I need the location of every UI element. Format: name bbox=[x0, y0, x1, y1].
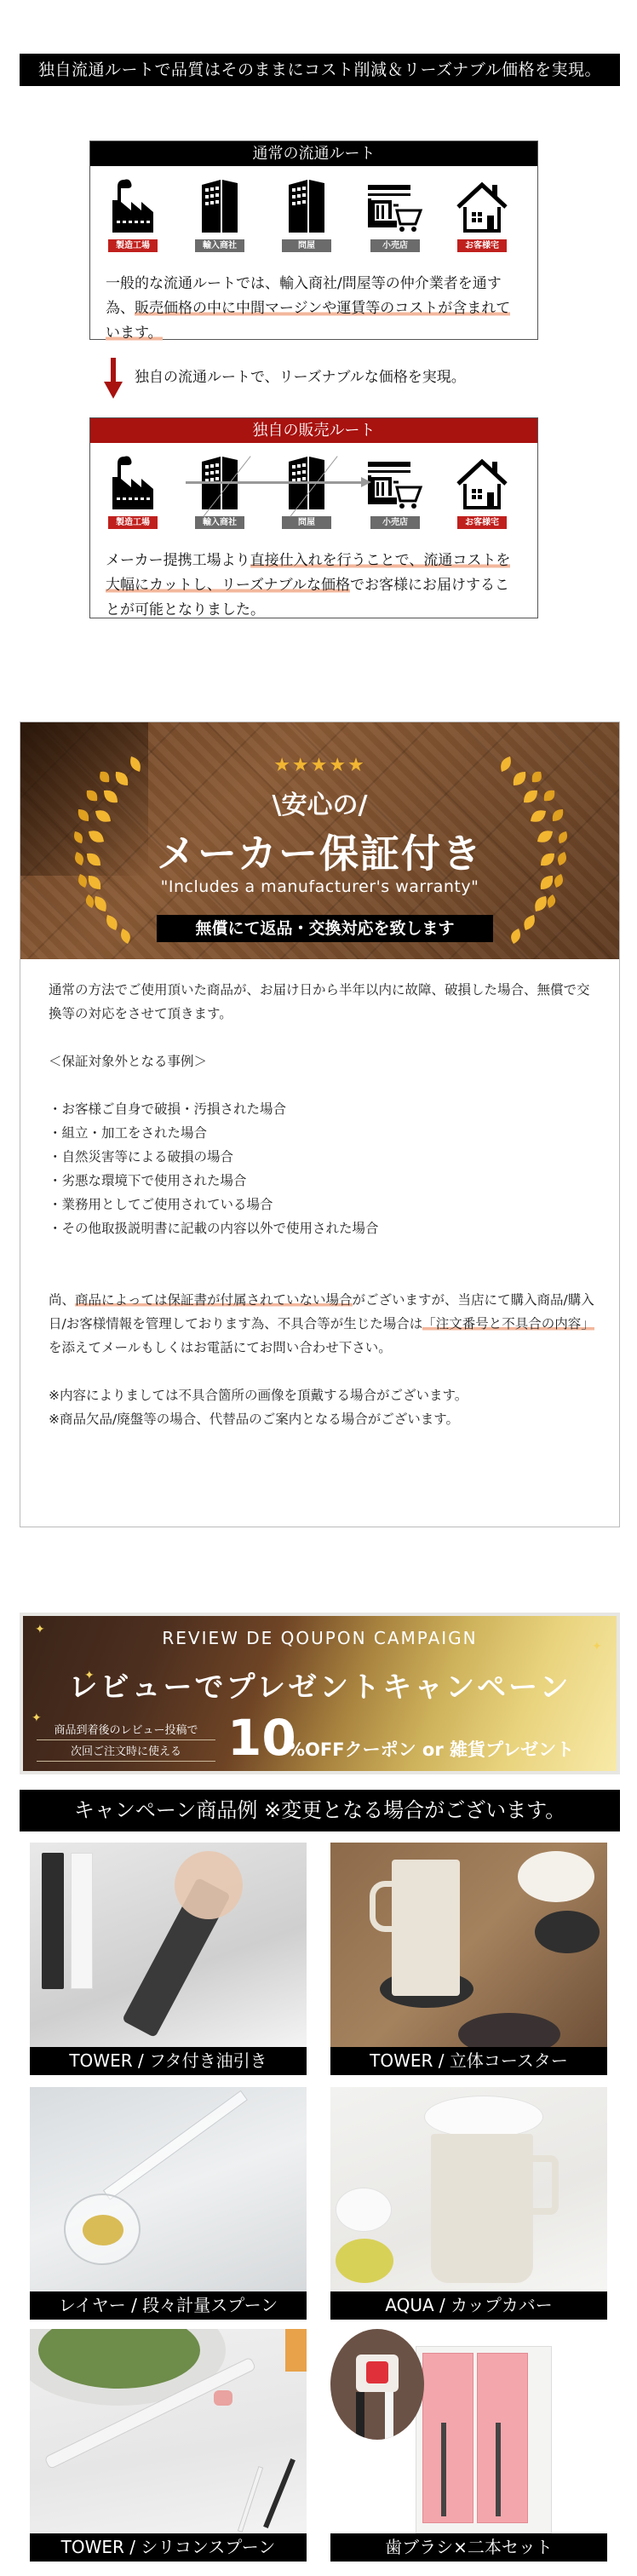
warranty-remark: ※商品欠品/廃盤等の場合、代替品のご案内となる場合がございます。 bbox=[49, 1407, 602, 1431]
step-label: 製造工場 bbox=[108, 516, 158, 529]
warranty-subtitle: \安心の/ bbox=[20, 784, 619, 821]
own-route-title: 独自の販売ルート bbox=[90, 418, 537, 443]
exclusion-item: ・その他取扱説明書に記載の内容以外で使用された場合 bbox=[49, 1216, 602, 1240]
step-label: 輸入商社 bbox=[195, 239, 244, 252]
factory-icon bbox=[109, 453, 157, 511]
product-card[interactable]: 歯ブラシ×二本セット bbox=[330, 2329, 607, 2562]
product-photo bbox=[30, 2087, 307, 2291]
exclusion-item: ・劣悪な環境下で使用された場合 bbox=[49, 1169, 602, 1193]
product-card[interactable]: TOWER / 立体コースター bbox=[330, 1843, 607, 2075]
product-caption: 歯ブラシ×二本セット bbox=[330, 2533, 607, 2562]
step-label: お客様宅 bbox=[457, 239, 507, 252]
step-retailer: 小売店 bbox=[361, 453, 429, 529]
normal-route-icons: 製造工場 輸入商社 問屋 小売店 bbox=[90, 166, 537, 268]
exclusion-item: ・自然災害等による破損の場合 bbox=[49, 1145, 602, 1169]
normal-route-title: 通常の流通ルート bbox=[90, 141, 537, 166]
step-label: 製造工場 bbox=[108, 239, 158, 252]
warranty-hero-image: ★★★★★ \安心の/ メーカー保証付き "Includes a manufac… bbox=[20, 722, 619, 959]
own-route-box: 独自の販売ルート 製造工場 輸入商社 問屋 bbox=[89, 417, 538, 618]
product-photo bbox=[30, 2329, 307, 2533]
warranty-title: メーカー保証付き bbox=[20, 823, 619, 879]
store-cart-icon bbox=[364, 453, 426, 511]
campaign-products-header: キャンペーン商品例 ※変更となる場合がございます。 bbox=[20, 1790, 620, 1831]
warranty-badge: 無償にて返品・交換対応を致します bbox=[157, 915, 493, 942]
down-arrow-icon bbox=[104, 358, 123, 399]
product-card[interactable]: AQUA / カップカバー bbox=[330, 2087, 607, 2320]
warranty-card: ★★★★★ \安心の/ メーカー保証付き "Includes a manufac… bbox=[20, 722, 620, 1527]
product-caption: レイヤー / 段々計量スプーン bbox=[30, 2291, 307, 2320]
arrow-text: 独自の流通ルートで、リーズナブルな価格を実現。 bbox=[135, 365, 466, 386]
exclusions-heading: ＜保証対象外となる事例＞ bbox=[49, 1049, 602, 1073]
own-route-icons: 製造工場 輸入商社 問屋 小売店 bbox=[90, 443, 537, 545]
campaign-discount-number: 10 bbox=[227, 1710, 296, 1766]
warranty-body: 通常の方法でご使用頂いた商品が、お届け日から半年以内に故障、破損した場合、無償で… bbox=[49, 978, 602, 1431]
campaign-offer: %OFFクーポン or 雑貨プレゼント bbox=[287, 1736, 574, 1762]
step-label: お客様宅 bbox=[457, 516, 507, 529]
step-retailer: 小売店 bbox=[361, 176, 429, 252]
step-factory: 製造工場 bbox=[99, 176, 167, 252]
bypass-arrow-icon bbox=[361, 477, 371, 487]
highlight-text: 「注文番号と不具合の内容」 bbox=[422, 1316, 594, 1331]
exclusion-item: ・組立・加工をされた場合 bbox=[49, 1121, 602, 1145]
step-label: 輸入商社 bbox=[195, 516, 244, 529]
warranty-remark: ※内容によりましては不具合箇所の画像を頂戴する場合がございます。 bbox=[49, 1383, 602, 1407]
building-icon bbox=[285, 176, 328, 234]
top-banner: 独自流通ルートで品質はそのままにコスト削減＆リーズナブル価格を実現。 bbox=[20, 54, 620, 86]
normal-route-description: 一般的な流通ルートでは、輸入商社/問屋等の仲介業者を通す為、販売価格の中に中間マ… bbox=[90, 268, 537, 351]
normal-route-box: 通常の流通ルート 製造工場 輸入商社 問屋 bbox=[89, 141, 538, 340]
product-caption: TOWER / シリコンスプーン bbox=[30, 2533, 307, 2562]
step-importer: 輸入商社 bbox=[186, 176, 254, 252]
warranty-note: 尚、商品によっては保証書が付属されていない場合がございますが、当店にて購入商品/… bbox=[49, 1288, 602, 1360]
highlight-text: 販売価格の中に中間マージンや運賃等のコストが含まれています。 bbox=[106, 300, 510, 342]
product-photo bbox=[30, 1843, 307, 2047]
factory-icon bbox=[109, 176, 157, 234]
product-photo bbox=[330, 2087, 607, 2291]
product-caption: TOWER / フタ付き油引き bbox=[30, 2047, 307, 2075]
step-wholesaler: 問屋 bbox=[273, 176, 341, 252]
step-factory: 製造工場 bbox=[99, 453, 167, 529]
product-card[interactable]: レイヤー / 段々計量スプーン bbox=[30, 2087, 307, 2320]
highlight-text: 商品によっては保証書が付属されていない場合 bbox=[75, 1292, 353, 1308]
exclusion-item: ・業務用としてご使用されている場合 bbox=[49, 1193, 602, 1216]
step-label: 問屋 bbox=[282, 516, 331, 529]
house-icon bbox=[455, 176, 509, 234]
arrow-row: 独自の流通ルートで、リーズナブルな価格を実現。 bbox=[102, 356, 545, 400]
campaign-english: REVIEW DE QOUPON CAMPAIGN bbox=[23, 1628, 617, 1648]
step-label: 問屋 bbox=[282, 239, 331, 252]
review-campaign-banner[interactable]: ✦ ✦ ✦ ✦ REVIEW DE QOUPON CAMPAIGN レビューでプ… bbox=[20, 1613, 620, 1774]
house-icon bbox=[455, 453, 509, 511]
step-customer-home: お客様宅 bbox=[448, 453, 516, 529]
product-card[interactable]: TOWER / シリコンスプーン bbox=[30, 2329, 307, 2562]
product-photo bbox=[330, 2329, 607, 2533]
step-label: 小売店 bbox=[370, 239, 420, 252]
exclusion-item: ・お客様ご自身で破損・汚損された場合 bbox=[49, 1097, 602, 1121]
building-icon bbox=[198, 176, 241, 234]
product-photo bbox=[330, 1843, 607, 2047]
step-label: 小売店 bbox=[370, 516, 420, 529]
bypass-line bbox=[186, 481, 364, 484]
warranty-english: "Includes a manufacturer's warranty" bbox=[20, 877, 619, 896]
store-cart-icon bbox=[364, 176, 426, 234]
campaign-condition-2: 次回ご注文時に使える bbox=[37, 1742, 215, 1762]
own-route-description: メーカー提携工場より直接仕入れを行うことで、流通コストを大幅にカットし、リーズナ… bbox=[90, 545, 537, 628]
campaign-title: レビューでプレゼントキャンペーン bbox=[23, 1664, 617, 1705]
product-caption: TOWER / 立体コースター bbox=[330, 2047, 607, 2075]
five-stars-icon: ★★★★★ bbox=[20, 755, 619, 776]
product-caption: AQUA / カップカバー bbox=[330, 2291, 607, 2320]
campaign-condition-1: 商品到着後のレビュー投稿で bbox=[37, 1721, 215, 1740]
product-card[interactable]: TOWER / フタ付き油引き bbox=[30, 1843, 307, 2075]
warranty-intro: 通常の方法でご使用頂いた商品が、お届け日から半年以内に故障、破損した場合、無償で… bbox=[49, 978, 602, 1026]
step-customer-home: お客様宅 bbox=[448, 176, 516, 252]
